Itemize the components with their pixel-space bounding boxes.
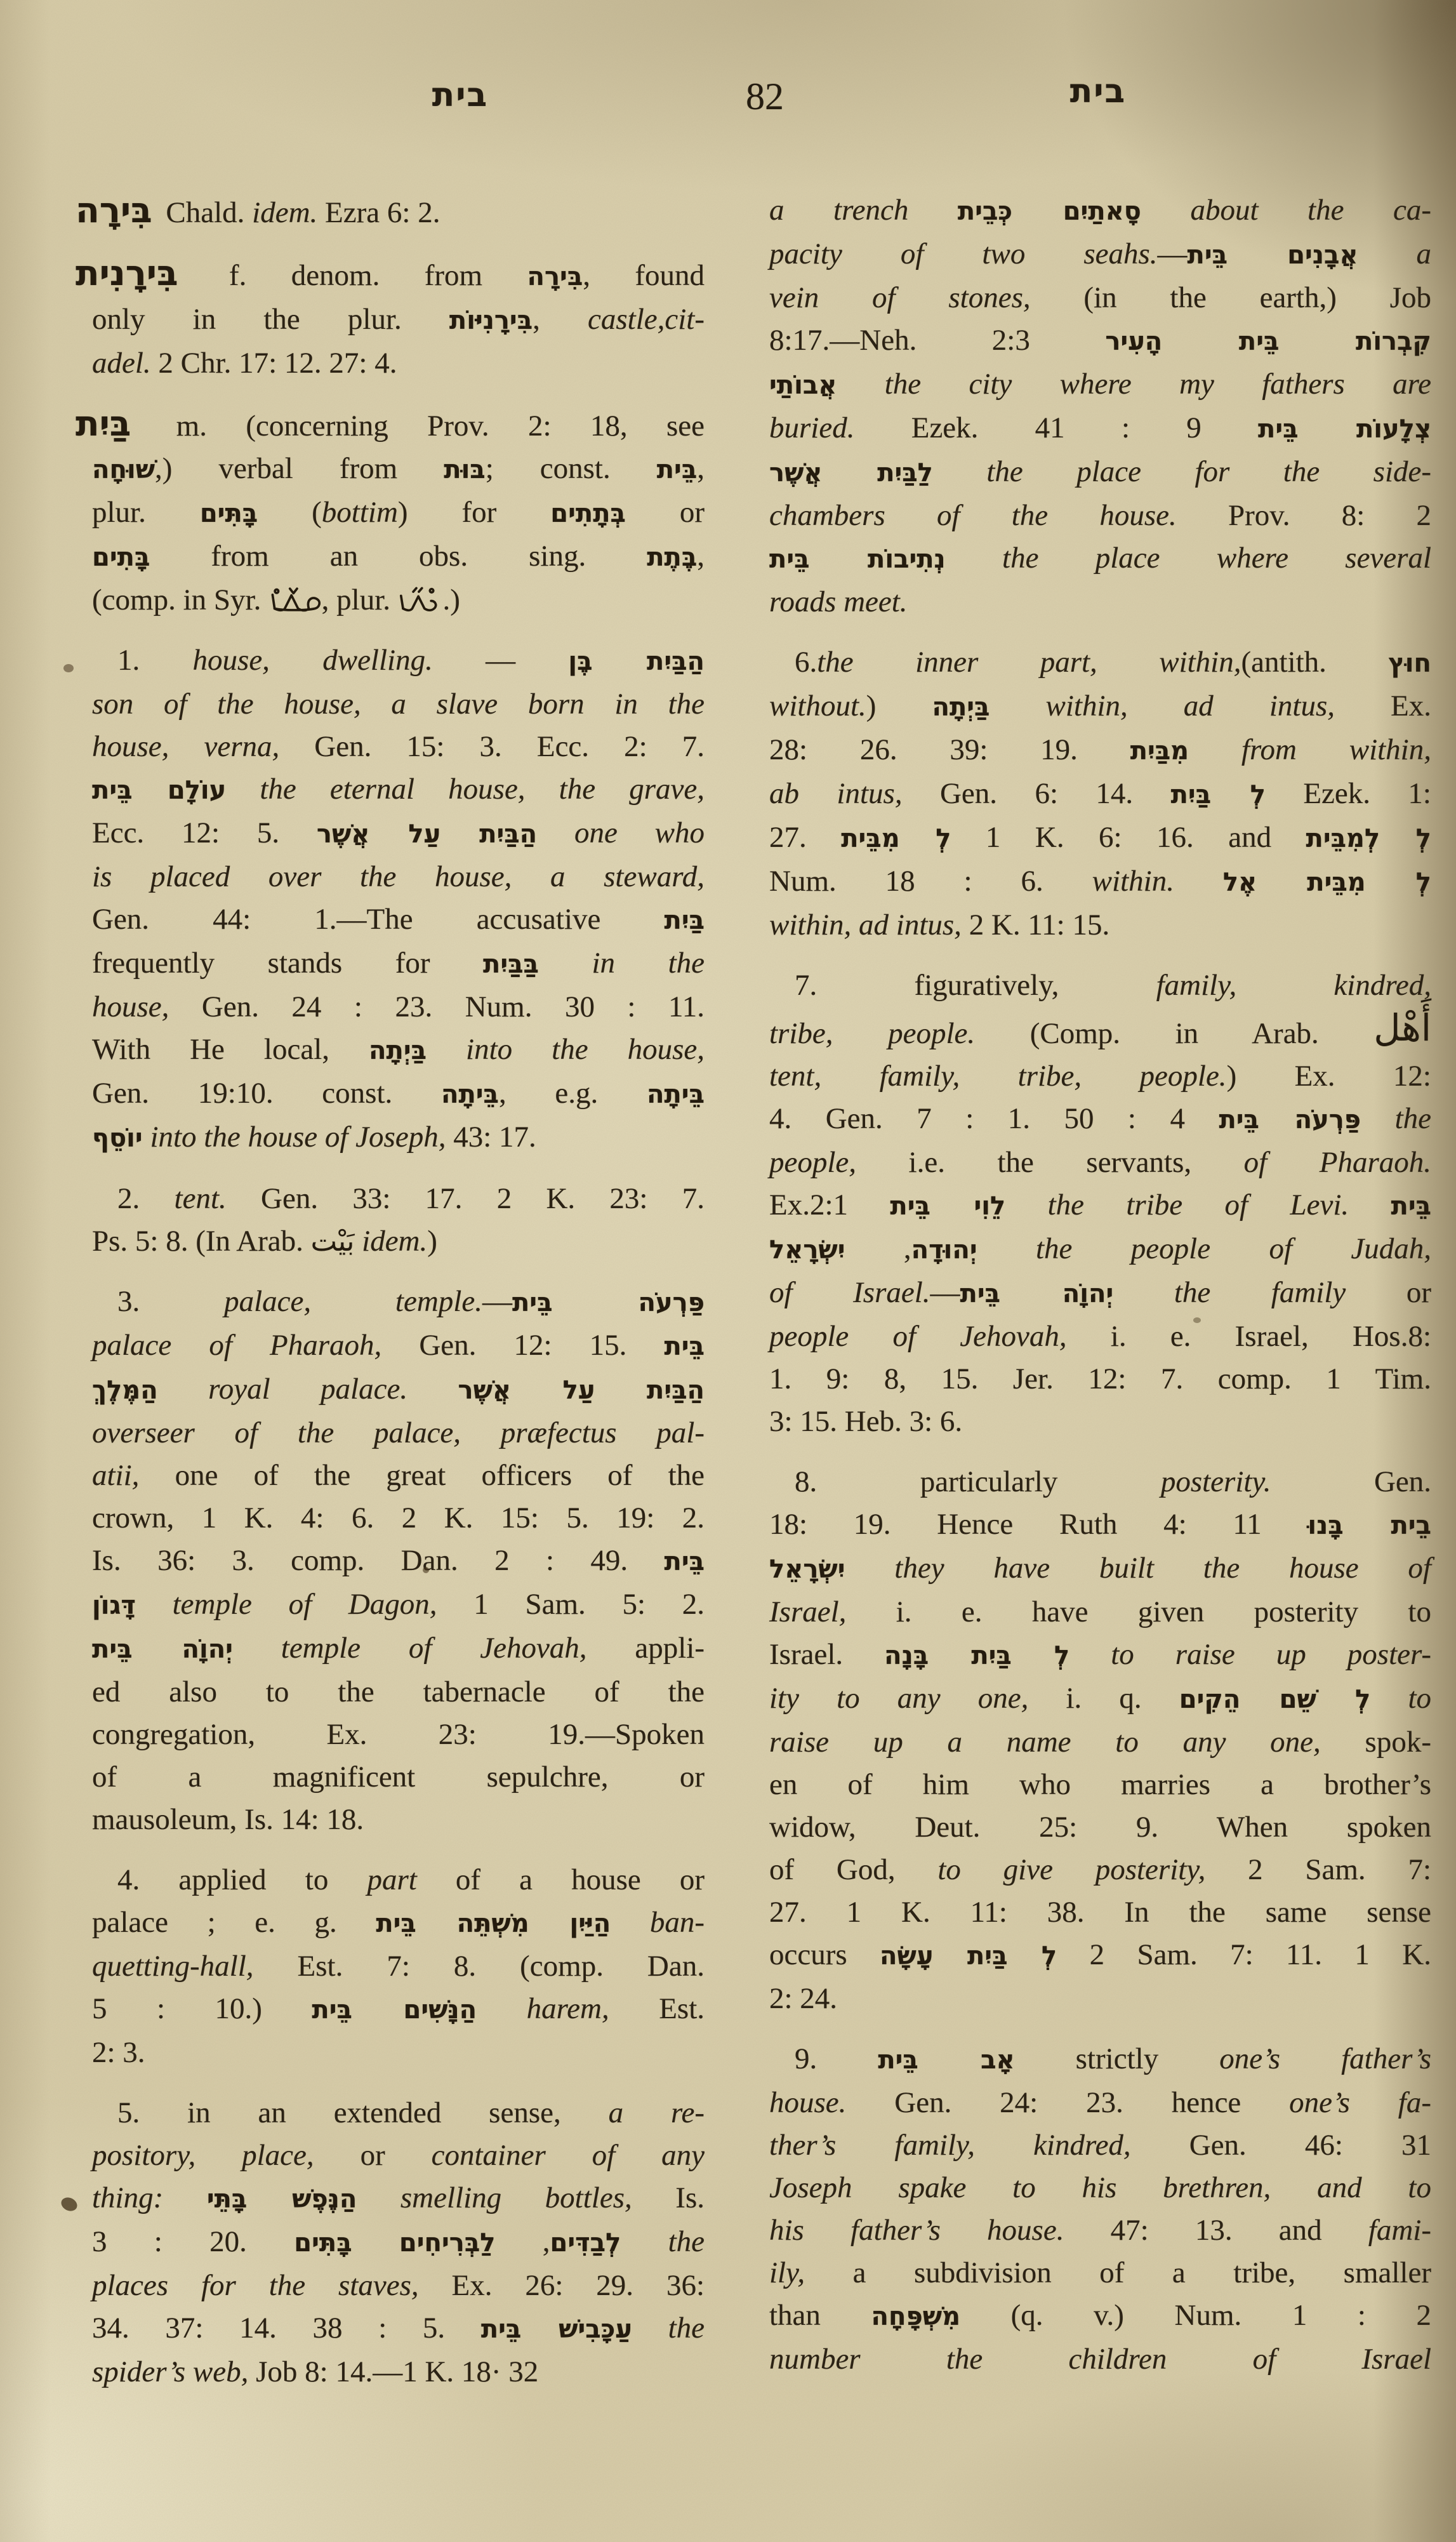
- hebrew-text: בֵּית: [1391, 1192, 1432, 1221]
- text-line: vein of stones, (in the earth,) Job: [769, 277, 1431, 319]
- hebrew-text: בֵּית מִשְׁתֵּה הַיַּיִן: [376, 1909, 611, 1938]
- roman-text: [226, 773, 260, 806]
- roman-text: Est. 7: 8. (comp. Dan.: [254, 1950, 705, 1983]
- page-header: בית 82 בית: [0, 71, 1456, 141]
- italic-text: roads meet.: [769, 585, 908, 618]
- roman-text: [1361, 1102, 1394, 1135]
- text-line: thing: בָּתֵּי הַנֶּפֶשׁ smelling bottle…: [92, 2177, 705, 2221]
- arabic-text-large: أَهْل: [1373, 1006, 1431, 1049]
- italic-text: atii,: [92, 1459, 139, 1492]
- roman-text: .): [442, 583, 460, 616]
- roman-text: Prov. 8: 2: [1177, 499, 1431, 532]
- italic-text: bottim: [322, 496, 398, 529]
- sense-paragraph: 3. palace, temple.—בֵּית פַּרְעֹהpalace …: [92, 1281, 705, 1841]
- hebrew-headword: בִּירָה: [76, 190, 159, 230]
- text-line: ther’s family, kindred, Gen. 46: 31: [769, 2124, 1431, 2167]
- hebrew-text: בֵּית אֲבָנִים: [1188, 241, 1358, 270]
- text-line: Israel, i. e. have given posterity to: [769, 1591, 1431, 1634]
- italic-text: son of the house, a slave born in the: [92, 688, 705, 721]
- italic-text: people,: [769, 1146, 856, 1179]
- italic-text: from within,: [1241, 733, 1431, 766]
- italic-text: Israel,: [769, 1595, 846, 1628]
- roman-text: spok-: [1321, 1726, 1431, 1759]
- hebrew-text: שׁוּחָה: [92, 455, 155, 484]
- italic-text: within.: [1092, 865, 1174, 898]
- roman-text: [1349, 1188, 1391, 1221]
- text-line: (comp. in Syr. , plur. .): [92, 579, 705, 622]
- text-line: 4. Gen. 7 : 1. 50 : 4 בֵּית פַּרְעֹה the: [769, 1098, 1431, 1141]
- roman-text: (q. v.) Num. 1 : 2: [960, 2299, 1431, 2332]
- italic-text: part: [367, 1863, 416, 1896]
- text-line: people of Jehovah, i. e. Israel, Hos.8:: [769, 1315, 1431, 1358]
- italic-text: family, kindred,: [1156, 969, 1431, 1002]
- roman-text: (in the earth,) Job: [1031, 281, 1431, 314]
- roman-text: ,: [845, 1232, 911, 1265]
- text-line: atii, one of the great officers of the: [92, 1454, 705, 1497]
- roman-text: Chald.: [159, 196, 253, 229]
- roman-text: [233, 1632, 281, 1665]
- roman-text: [946, 542, 1002, 575]
- roman-text: [1005, 1188, 1047, 1221]
- roman-text: plur.: [92, 496, 200, 529]
- roman-text: —: [482, 1285, 512, 1318]
- hebrew-text: הַמֶּלֶךְ: [92, 1376, 158, 1405]
- hebrew-text: אֲבוֹתַי: [769, 371, 837, 400]
- roman-text: [845, 1552, 895, 1585]
- italic-text: ily,: [769, 2256, 805, 2289]
- hebrew-text: לַבְּרִיחִים: [399, 2228, 496, 2258]
- text-line: Israel. בָּנָה בַּיִת לְ to raise up pos…: [769, 1634, 1431, 1677]
- hebrew-text: אֲשֶׁר לַבַּיִת: [769, 458, 933, 488]
- text-line: without.) בַּיְתָה within, ad intus, Ex.: [769, 685, 1431, 729]
- italic-text: ther’s family, kindred,: [769, 2129, 1131, 2162]
- roman-text: from an obs. sing.: [150, 540, 647, 573]
- hebrew-text: אֲשֶׁר עַל הַבַּיִת: [458, 1376, 705, 1405]
- text-line: הַמֶּלֶךְ royal palace. אֲשֶׁר עַל הַבַּ…: [92, 1368, 705, 1412]
- hebrew-text: חוּץ: [1388, 649, 1431, 678]
- sense-paragraph: 5. in an extended sense, a re-pository, …: [92, 2092, 705, 2393]
- roman-text: one of the great officers of the: [139, 1459, 705, 1492]
- text-line: roads meet.: [769, 581, 1431, 623]
- roman-text: occurs: [769, 1938, 880, 1971]
- text-line: בֵּית יְהוָֹה temple of Jehovah, appli-: [92, 1627, 705, 1671]
- text-line: 27. 1 K. 11: 38. In the same sense: [769, 1891, 1431, 1934]
- roman-text: 9.: [795, 2042, 878, 2075]
- italic-text: without.: [769, 689, 866, 722]
- page-number: 82: [724, 75, 806, 119]
- hebrew-text: בֵּיתָה: [441, 1080, 499, 1109]
- text-line: pacity of two seahs.—בֵּית אֲבָנִים a: [769, 233, 1431, 277]
- text-line: ab intus, Gen. 6: 14. בַּיִת לְ Ezek. 1:: [769, 773, 1431, 816]
- text-line: palace ; e. g. בֵּית מִשְׁתֵּה הַיַּיִן …: [92, 1901, 705, 1945]
- roman-text: 6.: [795, 646, 817, 679]
- left-column: בִּירָה Chald. idem. Ezra 6: 2.בִּירָנִי…: [92, 189, 705, 2393]
- text-line: ed also to the tabernacle of the: [92, 1671, 705, 1714]
- roman-text: —: [433, 644, 569, 677]
- hebrew-text: בִּירָנִיּוֹת: [449, 306, 533, 335]
- roman-text: Ex.2:1: [769, 1188, 890, 1221]
- text-line: אֲבוֹתַי the city where my fathers are: [769, 363, 1431, 407]
- italic-text: of Pharaoh.: [1244, 1146, 1431, 1179]
- italic-text: places for the staves,: [92, 2269, 419, 2302]
- italic-text: the: [668, 2312, 705, 2345]
- arabic-text: بَيْت: [311, 1225, 355, 1258]
- hebrew-text: בֵּית לֵוִי: [890, 1192, 1005, 1221]
- hebrew-text: יִשְׂרָאֵל: [769, 1555, 845, 1584]
- roman-text: 1 Sam. 5: 2.: [437, 1588, 705, 1621]
- roman-text: 47: 13. and: [1064, 2214, 1368, 2247]
- roman-text: 2.: [117, 1182, 175, 1215]
- roman-text: i. e. have given posterity to: [846, 1595, 1431, 1628]
- roman-text: Ecc. 12: 5.: [92, 816, 317, 849]
- text-line: overseer of the palace, præfectus pal-: [92, 1412, 705, 1454]
- roman-text: f. denom. from: [185, 259, 527, 292]
- hebrew-text: בֶּן הַבַּיִת: [568, 647, 705, 676]
- roman-text: 34. 37: 14. 38 : 5.: [92, 2312, 481, 2345]
- text-line: only in the plur. בִּירָנִיּוֹת, castle,…: [92, 298, 705, 342]
- text-line: is placed over the house, a steward,: [92, 856, 705, 898]
- text-line: 6.the inner part, within,(antith. חוּץ: [769, 641, 1431, 685]
- text-line: דָּגוֹן temple of Dagon, 1 Sam. 5: 2.: [92, 1583, 705, 1627]
- roman-text: [352, 2225, 399, 2258]
- text-line: 2. tent. Gen. 33: 17. 2 K. 23: 7.: [92, 1178, 705, 1220]
- hebrew-text: בֵּית נְתִיבוֹת: [769, 545, 946, 574]
- italic-text: ity to any one,: [769, 1682, 1028, 1715]
- hebrew-text: עָשָׂה בַּיִת לְ: [880, 1941, 1057, 1971]
- roman-text: Ezek. 41 : 9: [854, 411, 1258, 444]
- roman-text: strictly: [1015, 2042, 1220, 2075]
- roman-text: [632, 2312, 668, 2345]
- roman-text: [1113, 1276, 1174, 1309]
- text-line: 9. בֵּית אָב strictly one’s father’s: [769, 2038, 1431, 2082]
- text-line: יִשְׂרָאֵל ,יְהוּדָה the people of Judah…: [769, 1228, 1431, 1272]
- text-line: a trench כְּבֵית סָאתַיִם about the ca-: [769, 189, 1431, 233]
- italic-text: spider’s web,: [92, 2355, 248, 2388]
- roman-text: 3.: [117, 1285, 224, 1318]
- roman-text: Is. 36: 3. comp. Dan. 2 : 49.: [92, 1544, 665, 1577]
- roman-text: [1358, 237, 1416, 270]
- roman-text: Ezra 6: 2.: [317, 196, 440, 229]
- italic-text: into the house,: [466, 1033, 705, 1066]
- text-line: occurs עָשָׂה בַּיִת לְ 2 Sam. 7: 11. 1 …: [769, 1934, 1431, 1978]
- roman-text: 2: 24.: [769, 1982, 837, 2015]
- text-line: 8:17.—Neh. 2:3 הָעִיר בֵּית קִבְרוֹת: [769, 319, 1431, 363]
- text-line: יוֹסֵף into the house of Joseph, 43: 17.: [92, 1116, 705, 1160]
- roman-text: 5 : 10.): [92, 1992, 312, 2025]
- roman-text: 1. 9: 8, 15. Jer. 12: 7. comp. 1 Tim.: [769, 1362, 1431, 1395]
- roman-text: (comp. in Syr.: [92, 583, 268, 616]
- roman-text: (antith.: [1241, 646, 1389, 679]
- italic-text: one’s fa-: [1289, 2086, 1431, 2119]
- continuation-paragraph: a trench כְּבֵית סָאתַיִם about the ca-p…: [769, 189, 1431, 623]
- italic-text: royal palace.: [208, 1373, 407, 1406]
- hebrew-text: לְבַדִּים: [550, 2228, 621, 2258]
- roman-text: of God,: [769, 1853, 937, 1886]
- hebrew-text: מִבֵּית לְ: [841, 824, 951, 853]
- hebrew-text: בְּתָתִים: [550, 499, 626, 528]
- italic-text: the inner part, within,: [817, 646, 1241, 679]
- text-line: of Israel.—בֵּית יְהוָֹה the family or: [769, 1272, 1431, 1315]
- roman-text: 4. Gen. 7 : 1. 50 : 4: [769, 1102, 1219, 1135]
- roman-text: ,: [495, 2225, 550, 2258]
- roman-text: frequently stands for: [92, 947, 483, 980]
- roman-text: [611, 1906, 650, 1939]
- text-line: 3. palace, temple.—בֵּית פַּרְעֹה: [92, 1281, 705, 1324]
- roman-text: or: [1346, 1276, 1431, 1309]
- italic-text: idem.: [362, 1225, 427, 1258]
- running-head-right: בית: [1041, 72, 1155, 110]
- hebrew-text: מִבַּיִת: [1130, 736, 1189, 766]
- roman-text: ed also to the tabernacle of the: [92, 1675, 705, 1708]
- roman-text: Est.: [609, 1992, 705, 2025]
- roman-text: [477, 1992, 526, 2025]
- italic-text: ab intus,: [769, 777, 903, 810]
- sense-paragraph: 8. particularly posterity. Gen.18: 19. H…: [769, 1461, 1431, 2020]
- roman-text: Ex.: [1335, 689, 1431, 722]
- italic-text: temple of Dagon,: [173, 1588, 437, 1621]
- italic-text: to give posterity,: [937, 1853, 1205, 1886]
- roman-text: [1141, 194, 1191, 227]
- italic-text: into the house of Joseph,: [150, 1121, 446, 1154]
- text-line: יִשְׂרָאֵל they have built the house of: [769, 1547, 1431, 1591]
- italic-text: a trench: [769, 194, 908, 227]
- hebrew-text: בֵּית אָב: [878, 2046, 1014, 2075]
- roman-text: [621, 2225, 668, 2258]
- roman-text: congregation, Ex. 23: 19.—Spoken: [92, 1718, 705, 1751]
- hebrew-text: בֵּית הַנָּשִׁים: [312, 1995, 477, 2025]
- roman-text: Gen. 33: 17. 2 K. 23: 7.: [227, 1182, 705, 1215]
- italic-text: castle,cit-: [588, 303, 705, 336]
- roman-text: [1069, 1638, 1111, 1671]
- roman-text: 27. 1 K. 11: 38. In the same sense: [769, 1896, 1431, 1929]
- hebrew-text: בָּנוּ בֵית: [1307, 1511, 1431, 1540]
- roman-text: [357, 2181, 400, 2214]
- text-line: 4. applied to part of a house or: [92, 1859, 705, 1901]
- italic-text: in the: [592, 947, 705, 980]
- text-line: mausoleum, Is. 14: 18.: [92, 1799, 705, 1841]
- roman-text: 1.: [117, 644, 193, 677]
- text-line: 5. in an extended sense, a re-: [92, 2092, 705, 2134]
- italic-text: house,: [92, 990, 169, 1023]
- italic-text: tent.: [175, 1182, 227, 1215]
- sense-paragraph: 4. applied to part of a house orpalace ;…: [92, 1859, 705, 2074]
- sense-paragraph: 6.the inner part, within,(antith. חוּץwi…: [769, 641, 1431, 947]
- hebrew-text: בֵּית עַכָּבִישׁ: [481, 2315, 632, 2344]
- text-line: בִּירָנִית f. denom. from בִּירָה, found: [92, 252, 705, 298]
- text-line: number the children of Israel: [769, 2338, 1431, 2381]
- hebrew-text: בַּבַּיִת: [483, 950, 539, 979]
- hebrew-text: הָעִיר בֵּית קִבְרוֹת: [1105, 327, 1431, 356]
- text-line: Gen. 44: 1.—The accusative בַּיִת: [92, 898, 705, 942]
- roman-text: [977, 1232, 1036, 1265]
- italic-text: container of any: [432, 2139, 705, 2172]
- roman-text: 2 K. 11: 15.: [962, 908, 1109, 942]
- hebrew-text: מִשְׁפָּחָה: [871, 2302, 961, 2331]
- italic-text: one who: [574, 816, 705, 849]
- italic-text: palace of Pharaoh,: [92, 1329, 381, 1362]
- roman-text: [163, 2181, 207, 2214]
- italic-text: the: [1395, 1102, 1431, 1135]
- roman-text: Gen.: [1271, 1465, 1431, 1498]
- text-line: בֵּית עוֹלָם the eternal house, the grav…: [92, 768, 705, 812]
- roman-text: ,: [697, 540, 705, 573]
- hebrew-text: בֵּית יְהוָֹה: [92, 1635, 233, 1664]
- italic-text: temple of Jehovah,: [281, 1632, 587, 1665]
- hebrew-text: בִּירָה: [527, 262, 583, 291]
- text-line: buried. Ezek. 41 : 9 בֵּית צְלָעוֹת: [769, 407, 1431, 451]
- roman-text: ,: [697, 452, 705, 485]
- roman-text: [537, 816, 574, 849]
- italic-text: posterity.: [1161, 1465, 1271, 1498]
- sense-paragraph: 7. figuratively, family, kindred,tribe, …: [769, 964, 1431, 1443]
- hebrew-text: בֵּית פַּרְעֹה: [1219, 1105, 1361, 1135]
- roman-text: Gen. 6: 14.: [903, 777, 1171, 810]
- ink-speck: [63, 664, 74, 672]
- roman-text: 5. in an extended sense,: [117, 2096, 609, 2129]
- hebrew-text: בַּיְתָה: [932, 693, 989, 722]
- roman-text: [837, 368, 884, 401]
- roman-text: With He local,: [92, 1033, 369, 1066]
- roman-text: —: [1158, 237, 1188, 270]
- italic-text: house.: [769, 2086, 846, 2119]
- ink-speck: [59, 2195, 79, 2213]
- hebrew-text: אֶל מִבֵּית לְ: [1223, 868, 1431, 897]
- roman-text: Gen. 24 : 23. Num. 30 : 11.: [169, 990, 705, 1023]
- text-line: 18: 19. Hence Ruth 4: 11 בָּנוּ בֵית: [769, 1503, 1431, 1547]
- roman-text: [989, 689, 1045, 722]
- roman-text: 3: 15. Heb. 3: 6.: [769, 1405, 962, 1438]
- roman-text: ,: [533, 303, 588, 336]
- text-line: son of the house, a slave born in the: [92, 683, 705, 726]
- roman-text: 28: 26. 39: 19.: [769, 733, 1130, 766]
- roman-text: Gen. 12: 15.: [381, 1329, 664, 1362]
- italic-text: house, dwelling.: [193, 644, 433, 677]
- hebrew-text: אֲשֶׁר עַל הַבַּיִת: [317, 820, 537, 849]
- italic-text: pository, place,: [92, 2139, 314, 2172]
- text-line: house. Gen. 24: 23. hence one’s fa-: [769, 2082, 1431, 2124]
- roman-text: (: [258, 496, 322, 529]
- text-line: tent, family, tribe, people.) Ex. 12:: [769, 1055, 1431, 1098]
- italic-text: about the ca-: [1190, 194, 1431, 227]
- text-line: 2: 3.: [92, 2032, 705, 2074]
- roman-text: 1 K. 6: 16. and: [951, 821, 1306, 854]
- text-line: בֵּית נְתִיבוֹת the place where several: [769, 537, 1431, 581]
- italic-text: overseer of the palace, præfectus pal-: [92, 1416, 705, 1449]
- text-line: ily, a subdivision of a tribe, smaller: [769, 2252, 1431, 2294]
- text-line: quetting-hall, Est. 7: 8. (comp. Dan.: [92, 1945, 705, 1988]
- italic-text: a re-: [609, 2096, 705, 2129]
- hebrew-text: לְמִבֵּית לְ: [1306, 824, 1431, 853]
- text-line: 34. 37: 14. 38 : 5. בֵּית עַכָּבִישׁ the: [92, 2307, 705, 2351]
- hebrew-text: בַּיִת לְ: [1171, 780, 1266, 809]
- text-line: tribe, people. (Comp. in Arab. أَهْل: [769, 1007, 1431, 1055]
- text-line: 3 : 20. בָּתִּים לַבְּרִיחִים ,לְבַדִּים…: [92, 2221, 705, 2265]
- text-line: 1. house, dwelling. — בֶּן הַבַּיִת: [92, 639, 705, 683]
- italic-text: the place where several: [1002, 542, 1431, 575]
- italic-text: a: [1417, 237, 1432, 270]
- right-column: a trench כְּבֵית סָאתַיִם about the ca-p…: [769, 189, 1431, 2381]
- sense-paragraph: 1. house, dwelling. — בֶּן הַבַּיִתson o…: [92, 639, 705, 1160]
- italic-text: fami-: [1368, 2214, 1431, 2247]
- hebrew-text: בַּיִת: [665, 906, 705, 935]
- roman-text: [1174, 865, 1223, 898]
- hebrew-headword: בַּיִת: [76, 403, 137, 444]
- text-line: plur. בָּתִּים (bottim) for בְּתָתִים or: [92, 491, 705, 535]
- italic-text: raise up a name to any one,: [769, 1726, 1321, 1759]
- italic-text: within, ad intus,: [769, 908, 962, 942]
- text-line: 2: 24.: [769, 1978, 1431, 2020]
- hebrew-text: בָּתִים: [92, 543, 150, 572]
- roman-text: Num. 18 : 6.: [769, 865, 1092, 898]
- italic-text: to: [1408, 1682, 1431, 1715]
- text-line: שׁוּחָה,) verbal from בּוּת; const. בֵּי…: [92, 448, 705, 491]
- roman-text: i. q.: [1028, 1682, 1179, 1715]
- roman-text: [1370, 1682, 1408, 1715]
- italic-text: house, verna,: [92, 730, 279, 763]
- roman-text: [158, 1373, 208, 1406]
- text-line: widow, Deut. 25: 9. When spoken: [769, 1806, 1431, 1849]
- roman-text: [908, 194, 958, 227]
- italic-text: the family: [1174, 1276, 1346, 1309]
- text-line: places for the staves, Ex. 26: 29. 36:: [92, 2265, 705, 2307]
- roman-text: [143, 1121, 150, 1154]
- text-line: Ex.2:1 בֵּית לֵוִי the tribe of Levi. בֵ…: [769, 1184, 1431, 1228]
- text-line: Ecc. 12: 5. אֲשֶׁר עַל הַבַּיִת one who: [92, 812, 705, 856]
- text-line: 28: 26. 39: 19. מִבַּיִת from within,: [769, 729, 1431, 773]
- roman-text: Ezek. 1:: [1266, 777, 1431, 810]
- roman-text: ): [866, 689, 932, 722]
- roman-text: ) Ex. 12:: [1227, 1060, 1431, 1093]
- roman-text: Gen. 46: 31: [1131, 2129, 1431, 2162]
- text-line: frequently stands for בַּבַּיִת in the: [92, 942, 705, 986]
- roman-text: 7. figuratively,: [795, 969, 1156, 1002]
- syriac-word: [268, 579, 322, 622]
- roman-text: , e.g.: [499, 1077, 647, 1110]
- hebrew-text: בֵּית עוֹלָם: [92, 776, 226, 805]
- roman-text: of a house or: [417, 1863, 705, 1896]
- roman-text: ): [427, 1225, 437, 1258]
- roman-text: 27.: [769, 821, 841, 854]
- hebrew-text: הֵקִים שֵׁם לְ: [1179, 1685, 1371, 1714]
- text-line: בַּיִת m. (concerning Prov. 2: 18, see: [92, 403, 705, 448]
- hebrew-text: בָּתֵּי הַנֶּפֶשׁ: [207, 2185, 357, 2214]
- text-line: chambers of the house. Prov. 8: 2: [769, 495, 1431, 537]
- hebrew-text: בַּיְתָה: [369, 1036, 427, 1065]
- roman-text: —: [930, 1276, 960, 1309]
- roman-text: mausoleum, Is. 14: 18.: [92, 1803, 364, 1836]
- roman-text: than: [769, 2299, 871, 2332]
- roman-text: Job 8: 14.—1 K. 18· 32: [248, 2355, 538, 2388]
- text-line: en of him who marries a brother’s: [769, 1764, 1431, 1806]
- roman-text: 18: 19. Hence Ruth 4: 11: [769, 1508, 1307, 1541]
- roman-text: ,) verbal from: [155, 452, 444, 485]
- italic-text: the tribe of Levi.: [1048, 1188, 1349, 1221]
- italic-text: thing:: [92, 2181, 163, 2214]
- italic-text: one’s father’s: [1219, 2042, 1431, 2075]
- roman-text: [427, 1033, 466, 1066]
- hebrew-text: בֵּית: [664, 1332, 705, 1361]
- sense-paragraph: 9. בֵּית אָב strictly one’s father’shous…: [769, 2038, 1431, 2381]
- italic-text: the place for the side-: [986, 455, 1431, 488]
- text-line: 8. particularly posterity. Gen.: [769, 1461, 1431, 1503]
- text-line: ity to any one, i. q. הֵקִים שֵׁם לְ to: [769, 1677, 1431, 1721]
- text-line: congregation, Ex. 23: 19.—Spoken: [92, 1714, 705, 1756]
- italic-text: people of Jehovah,: [769, 1320, 1067, 1353]
- text-line: his father’s house. 47: 13. and fami-: [769, 2209, 1431, 2252]
- hebrew-text: כְּבֵית סָאתַיִם: [958, 197, 1141, 226]
- italic-text: ban-: [650, 1906, 705, 1939]
- roman-text: 43: 17.: [446, 1121, 536, 1154]
